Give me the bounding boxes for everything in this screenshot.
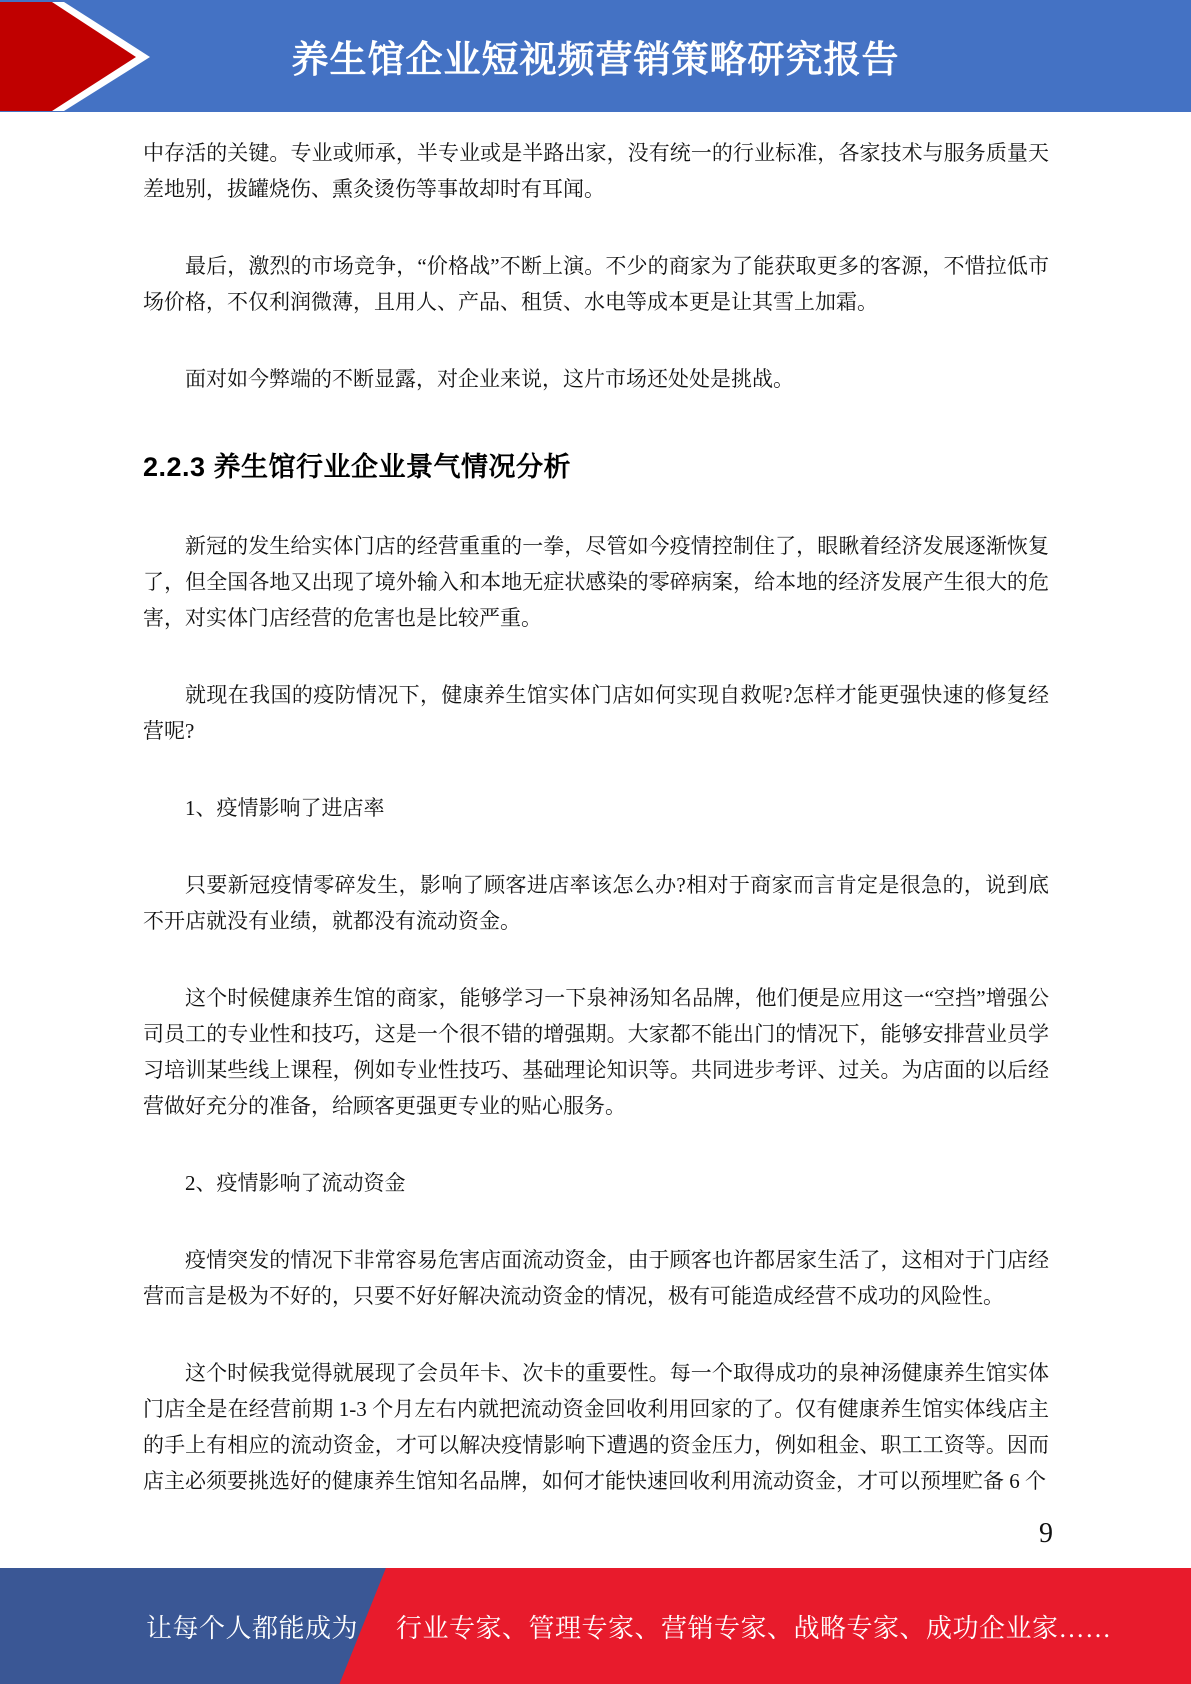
paragraph: 这个时候我觉得就展现了会员年卡、次卡的重要性。每一个取得成功的泉神汤健康养生馆实…	[143, 1355, 1049, 1499]
footer-slogan-right: 行业专家、管理专家、营销专家、战略专家、成功企业家……	[396, 1568, 1112, 1684]
paragraph: 这个时候健康养生馆的商家，能够学习一下泉神汤知名品牌，他们便是应用这一“空挡”增…	[143, 980, 1049, 1124]
paragraph: 最后，激烈的市场竞争，“价格战”不断上演。不少的商家为了能获取更多的客源，不惜拉…	[143, 248, 1049, 320]
paragraph: 新冠的发生给实体门店的经营重重的一拳，尽管如今疫情控制住了，眼瞅着经济发展逐渐恢…	[143, 528, 1049, 636]
paragraph: 疫情突发的情况下非常容易危害店面流动资金，由于顾客也许都居家生活了，这相对于门店…	[143, 1242, 1049, 1314]
section-heading: 2.2.3 养生馆行业企业景气情况分析	[143, 445, 1049, 484]
footer-slogan-left: 让每个人都能成为	[146, 1568, 358, 1684]
paragraph: 1、疫情影响了进店率	[143, 790, 1049, 826]
paragraph: 只要新冠疫情零碎发生，影响了顾客进店率该怎么办?相对于商家而言肯定是很急的，说到…	[143, 867, 1049, 939]
page-title: 养生馆企业短视频营销策略研究报告	[0, 0, 1191, 112]
footer: 让每个人都能成为 行业专家、管理专家、营销专家、战略专家、成功企业家……	[0, 1568, 1191, 1684]
paragraph-continuation: 中存活的关键。专业或师承，半专业或是半路出家，没有统一的行业标准，各家技术与服务…	[143, 135, 1049, 207]
report-page: 养生馆企业短视频营销策略研究报告 中存活的关键。专业或师承，半专业或是半路出家，…	[0, 0, 1191, 1684]
page-number: 9	[1039, 1518, 1053, 1550]
header-banner: 养生馆企业短视频营销策略研究报告	[0, 0, 1191, 112]
paragraph: 2、疫情影响了流动资金	[143, 1165, 1049, 1201]
paragraph: 面对如今弊端的不断显露，对企业来说，这片市场还处处是挑战。	[143, 361, 1049, 397]
document-body: 中存活的关键。专业或师承，半专业或是半路出家，没有统一的行业标准，各家技术与服务…	[143, 118, 1049, 1499]
paragraph: 就现在我国的疫防情况下，健康养生馆实体门店如何实现自救呢?怎样才能更强快速的修复…	[143, 677, 1049, 749]
